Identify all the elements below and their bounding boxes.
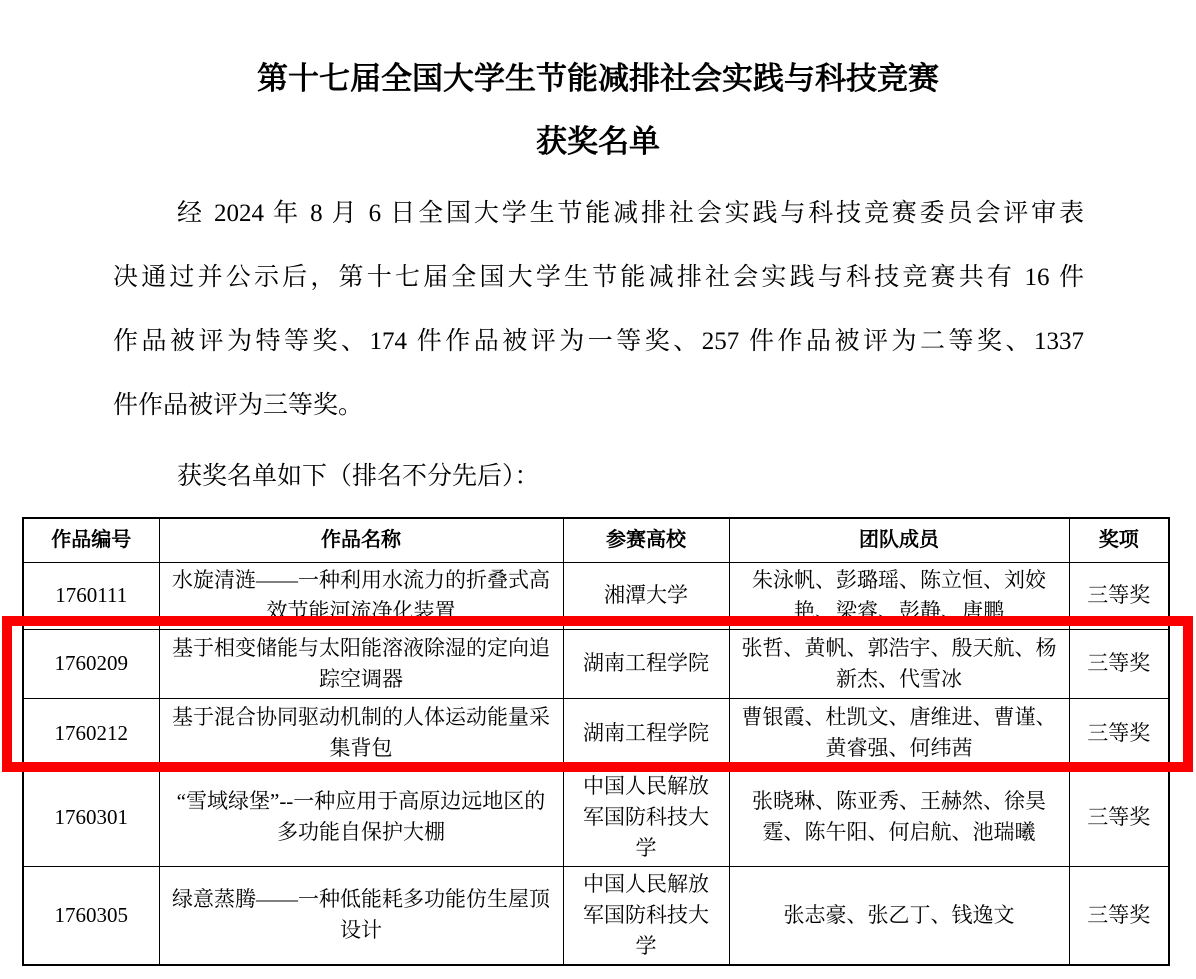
award-cell: 三等奖	[1069, 698, 1169, 768]
header-work-id: 作品编号	[23, 518, 159, 562]
award-table: 作品编号 作品名称 参赛高校 团队成员 奖项 1760111 水旋清涟——一种利…	[22, 517, 1170, 966]
table-row: 1760212 基于混合协同驱动机制的人体运动能量采集背包 湖南工程学院 曹银霞…	[23, 698, 1169, 768]
award-cell: 三等奖	[1069, 866, 1169, 965]
list-intro-line: 获奖名单如下（排名不分先后）：	[113, 445, 1084, 509]
paragraph-line: 经 2024 年 8 月 6 日全国大学生节能减排社会实践与科技竞赛委员会评审表	[113, 182, 1084, 246]
title-line-2: 获奖名单	[0, 110, 1196, 173]
document: 第十七届全国大学生节能减排社会实践与科技竞赛 获奖名单 经 2024 年 8 月…	[0, 47, 1196, 966]
header-work-name: 作品名称	[159, 518, 563, 562]
header-members: 团队成员	[729, 518, 1069, 562]
award-table-body: 1760111 水旋清涟——一种利用水流力的折叠式高效节能河流净化装置 湘潭大学…	[23, 562, 1169, 965]
table-row: 1760209 基于相变储能与太阳能溶液除湿的定向追踪空调器 湖南工程学院 张哲…	[23, 629, 1169, 698]
header-award: 奖项	[1069, 518, 1169, 562]
members-cell: 朱泳帆、彭璐瑶、陈立恒、刘姣艳、梁睿、彭静、唐鹏	[729, 562, 1069, 629]
intro-paragraph: 经 2024 年 8 月 6 日全国大学生节能减排社会实践与科技竞赛委员会评审表…	[113, 182, 1084, 438]
paragraph-line: 作品被评为特等奖、174 件作品被评为一等奖、257 件作品被评为二等奖、133…	[113, 310, 1084, 374]
work-name-cell: 基于相变储能与太阳能溶液除湿的定向追踪空调器	[159, 629, 563, 698]
work-name-cell: 基于混合协同驱动机制的人体运动能量采集背包	[159, 698, 563, 768]
header-university: 参赛高校	[563, 518, 729, 562]
work-name-cell: “雪域绿堡”--一种应用于高原边远地区的多功能自保护大棚	[159, 768, 563, 866]
work-name-cell: 绿意蒸腾——一种低能耗多功能仿生屋顶设计	[159, 866, 563, 965]
work-id-cell: 1760111	[23, 562, 159, 629]
table-row: 1760301 “雪域绿堡”--一种应用于高原边远地区的多功能自保护大棚 中国人…	[23, 768, 1169, 866]
table-row: 1760305 绿意蒸腾——一种低能耗多功能仿生屋顶设计 中国人民解放军国防科技…	[23, 866, 1169, 965]
award-cell: 三等奖	[1069, 768, 1169, 866]
university-cell: 中国人民解放军国防科技大学	[563, 866, 729, 965]
page-title: 第十七届全国大学生节能减排社会实践与科技竞赛 获奖名单	[0, 47, 1196, 173]
work-id-cell: 1760209	[23, 629, 159, 698]
award-table-header: 作品编号 作品名称 参赛高校 团队成员 奖项	[23, 518, 1169, 562]
title-line-1: 第十七届全国大学生节能减排社会实践与科技竞赛	[0, 47, 1196, 110]
table-row: 1760111 水旋清涟——一种利用水流力的折叠式高效节能河流净化装置 湘潭大学…	[23, 562, 1169, 629]
university-cell: 湘潭大学	[563, 562, 729, 629]
members-cell: 张哲、黄帆、郭浩宇、殷天航、杨新杰、代雪冰	[729, 629, 1069, 698]
work-id-cell: 1760301	[23, 768, 159, 866]
work-name-cell: 水旋清涟——一种利用水流力的折叠式高效节能河流净化装置	[159, 562, 563, 629]
award-cell: 三等奖	[1069, 562, 1169, 629]
members-cell: 曹银霞、杜凯文、唐维进、曹谨、黄睿强、何纬茜	[729, 698, 1069, 768]
header-row: 作品编号 作品名称 参赛高校 团队成员 奖项	[23, 518, 1169, 562]
paragraph-line: 决通过并公示后，第十七届全国大学生节能减排社会实践与科技竞赛共有 16 件	[113, 246, 1084, 310]
paragraph-line: 件作品被评为三等奖。	[113, 374, 1084, 438]
members-cell: 张晓琳、陈亚秀、王赫然、徐昊霆、陈午阳、何启航、池瑞曦	[729, 768, 1069, 866]
university-cell: 湖南工程学院	[563, 629, 729, 698]
award-cell: 三等奖	[1069, 629, 1169, 698]
university-cell: 湖南工程学院	[563, 698, 729, 768]
university-cell: 中国人民解放军国防科技大学	[563, 768, 729, 866]
work-id-cell: 1760212	[23, 698, 159, 768]
members-cell: 张志豪、张乙丁、钱逸文	[729, 866, 1069, 965]
work-id-cell: 1760305	[23, 866, 159, 965]
